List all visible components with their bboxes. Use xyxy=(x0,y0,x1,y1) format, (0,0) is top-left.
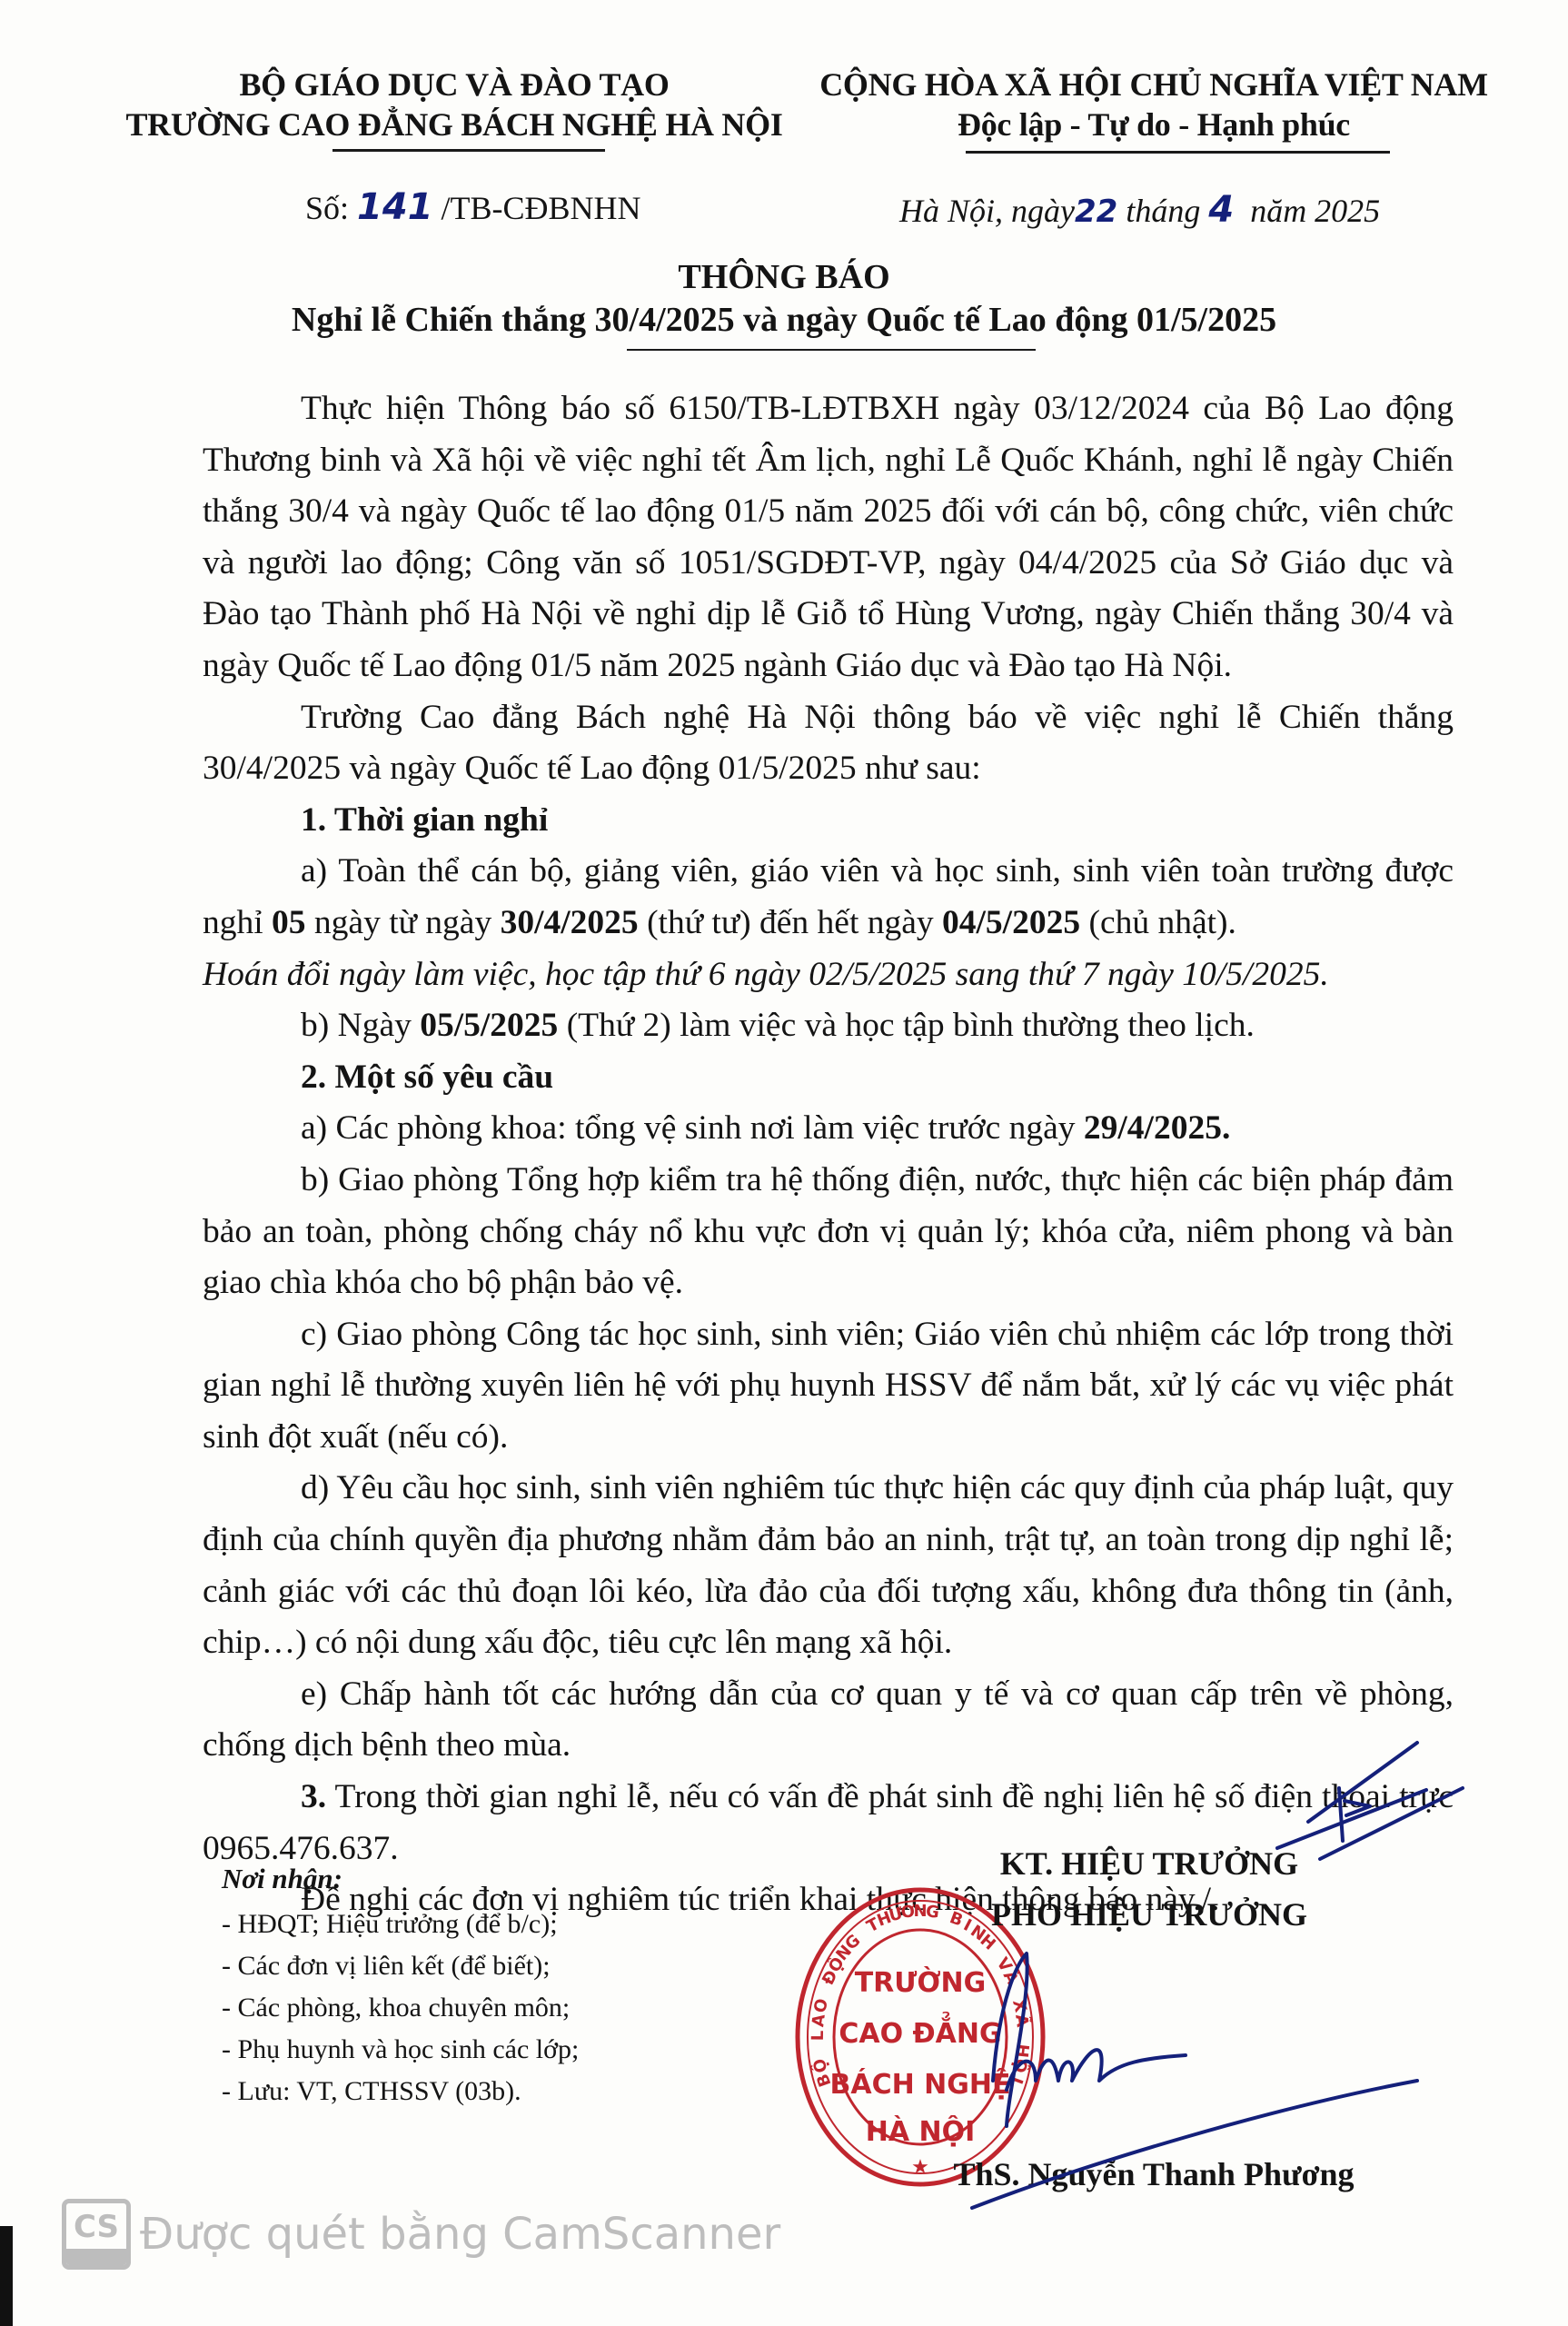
number-suffix: /TB-CĐBNHN xyxy=(442,190,641,226)
document-body: Thực hiện Thông báo số 6150/TB-LĐTBXH ng… xyxy=(203,383,1454,1926)
scan-edge-shadow xyxy=(0,2226,13,2326)
announce-paragraph: Trường Cao đẳng Bách nghệ Hà Nội thông b… xyxy=(203,692,1454,795)
section-2-item-e: e) Chấp hành tốt các hướng dẫn của cơ qu… xyxy=(203,1669,1454,1772)
svg-text:Ã: Ã xyxy=(1011,2013,1034,2028)
svg-text:X: X xyxy=(1008,1997,1030,2014)
svg-text:HÀ NỘI: HÀ NỘI xyxy=(866,2114,976,2148)
signatory-name: ThS. Nguyễn Thanh Phương xyxy=(918,2155,1390,2193)
recipient-item: - Phụ huynh và học sinh các lớp; xyxy=(222,2029,579,2071)
svg-text:N: N xyxy=(832,1942,856,1964)
recipient-item: - Lưu: VT, CTHSSV (03b). xyxy=(222,2071,579,2112)
date-month-label: tháng xyxy=(1126,193,1200,229)
camscanner-watermark: CS Được quét bằng CamScanner xyxy=(62,2199,780,2270)
handwritten-month: 4 xyxy=(1208,189,1234,231)
country-name: CỘNG HÒA XÃ HỘI CHỦ NGHĨA VIỆT NAM xyxy=(818,65,1490,104)
section-1-item-b: b) Ngày 05/5/2025 (Thứ 2) làm việc và họ… xyxy=(203,1000,1454,1052)
svg-text:Ộ: Ộ xyxy=(1009,2057,1032,2075)
number-prefix: Số: xyxy=(305,190,349,226)
ministry-name: BỘ GIÁO DỤC VÀ ĐÀO TẠO xyxy=(118,65,790,104)
intro-paragraph: Thực hiện Thông báo số 6150/TB-LĐTBXH ng… xyxy=(203,383,1454,692)
section-2-heading: 2. Một số yêu cầu xyxy=(203,1052,1454,1104)
svg-text:CAO ĐẲNG: CAO ĐẲNG xyxy=(839,2012,1001,2050)
svg-text:Ộ: Ộ xyxy=(824,1953,849,1976)
svg-text:TRƯỜNG: TRƯỜNG xyxy=(855,1965,987,1999)
svg-text:Ộ: Ộ xyxy=(809,2057,832,2075)
recipient-item: - Các đơn vị liên kết (để biết); xyxy=(222,1945,579,1987)
svg-text:BÁCH NGHỆ: BÁCH NGHỆ xyxy=(830,2067,1011,2101)
subtitle-underline xyxy=(627,349,1036,351)
section-2-item-c: c) Giao phòng Công tác học sinh, sinh vi… xyxy=(203,1309,1454,1464)
svg-text:Đ: Đ xyxy=(819,1967,842,1988)
recipient-item: - HĐQT; Hiệu trưởng (để b/c); xyxy=(222,1904,579,1945)
handwritten-day: 22 xyxy=(1075,194,1117,230)
recipients-label: Nơi nhận: xyxy=(222,1858,579,1900)
date-year: năm 2025 xyxy=(1250,193,1380,229)
document-title: THÔNG BÁO xyxy=(0,257,1568,297)
document-number: Số: 141 /TB-CĐBNHN xyxy=(305,186,641,228)
svg-text:L: L xyxy=(809,2031,828,2042)
section-1-heading: 1. Thời gian nghỉ xyxy=(203,795,1454,847)
svg-text:B: B xyxy=(813,2071,835,2089)
date-place: Hà Nội, ngày xyxy=(899,193,1075,229)
document-subtitle: Nghỉ lễ Chiến thắng 30/4/2025 và ngày Qu… xyxy=(0,300,1568,340)
svg-text:À: À xyxy=(999,1967,1023,1988)
motto-underline xyxy=(966,151,1390,154)
date-line: Hà Nội, ngày22 tháng 4 năm 2025 xyxy=(899,189,1380,231)
watermark-text: Được quét bằng CamScanner xyxy=(140,2209,780,2260)
svg-text:H: H xyxy=(977,1931,999,1954)
svg-text:H: H xyxy=(1012,2043,1033,2058)
svg-text:G: G xyxy=(841,1931,864,1954)
signature-title-2: PHÓ HIỆU TRƯỞNG xyxy=(908,1895,1390,1933)
camscanner-logo-icon: CS xyxy=(62,2199,131,2270)
svg-text:I: I xyxy=(1007,2074,1027,2086)
national-motto: Độc lập - Tự do - Hạnh phúc xyxy=(818,105,1490,144)
section-2-item-a: a) Các phòng khoa: tổng vệ sinh nơi làm … xyxy=(203,1103,1454,1155)
svg-text:O: O xyxy=(810,1997,832,2015)
svg-text:A: A xyxy=(809,2013,829,2029)
handwritten-number: 141 xyxy=(357,186,433,228)
section-2-item-b: b) Giao phòng Tổng hợp kiểm tra hệ thống… xyxy=(203,1155,1454,1309)
svg-text:V: V xyxy=(993,1954,1016,1976)
section-1-item-a: a) Toàn thể cán bộ, giảng viên, giáo viê… xyxy=(203,846,1454,949)
recipients-block: Nơi nhận: - HĐQT; Hiệu trưởng (để b/c); … xyxy=(222,1858,579,2112)
recipient-item: - Các phòng, khoa chuyên môn; xyxy=(222,1987,579,2029)
section-1-swap-note: Hoán đổi ngày làm việc, học tập thứ 6 ng… xyxy=(203,949,1454,1001)
school-name-underline xyxy=(332,149,605,152)
signature-title-1: KT. HIỆU TRƯỞNG xyxy=(908,1844,1390,1883)
section-2-item-d: d) Yêu cầu học sinh, sinh viên nghiêm tú… xyxy=(203,1463,1454,1668)
school-name: TRƯỜNG CAO ĐẲNG BÁCH NGHỆ HÀ NỘI xyxy=(91,105,818,144)
